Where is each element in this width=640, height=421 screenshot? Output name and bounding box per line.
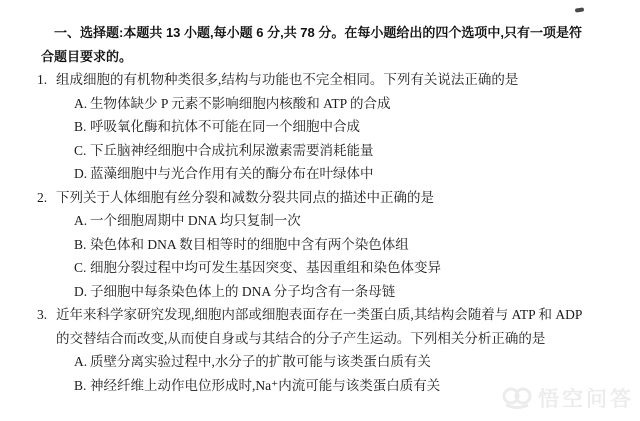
option-label: B. [74,115,90,139]
option-text: 呼吸氧化酶和抗体不可能在同一个细胞中合成 [90,119,360,134]
option-label: A. [74,92,90,116]
exam-paper-page: 一、选择题:本题共 13 小题,每小题 6 分,共 78 分。在每小题给出的四个… [0,0,640,421]
section-header-line1: 一、选择题:本题共 13 小题,每小题 6 分,共 78 分。在每小题给出的四个… [54,21,640,45]
question-1: 1.组成细胞的有机物种类很多,结构与功能也不完全相同。下列有关说法正确的是 A.… [37,68,640,186]
question-1-option-b: B.呼吸氧化酶和抗体不可能在同一个细胞中合成 [37,115,640,139]
option-label: A. [74,350,90,374]
question-1-stem-line: 1.组成细胞的有机物种类很多,结构与功能也不完全相同。下列有关说法正确的是 [37,68,640,92]
option-text: 蓝藻细胞中与光合作用有关的酶分布在叶绿体中 [90,166,374,181]
question-1-option-d: D.蓝藻细胞中与光合作用有关的酶分布在叶绿体中 [37,162,640,186]
option-text: 生物体缺少 P 元素不影响细胞内核酸和 ATP 的合成 [90,96,391,111]
wukong-logo-icon [502,387,532,409]
option-text: 下丘脑神经细胞中合成抗利尿激素需要消耗能量 [90,143,374,158]
scan-artifact-dash [575,7,584,12]
option-text: 质壁分离实验过程中,水分子的扩散可能与该类蛋白质有关 [90,354,431,369]
watermark-text: 悟空问答 [538,383,634,413]
question-1-option-c: C.下丘脑神经细胞中合成抗利尿激素需要消耗能量 [37,139,640,163]
question-2-stem-line: 2.下列关于人体细胞有丝分裂和减数分裂共同点的描述中正确的是 [37,186,640,210]
question-2-option-d: D.子细胞中每条染色体上的 DNA 分子均含有一条母链 [37,280,640,304]
section-header-line2: 合题目要求的。 [41,45,640,69]
option-text: 一个细胞周期中 DNA 均只复制一次 [90,213,301,228]
question-1-stem: 组成细胞的有机物种类很多,结构与功能也不完全相同。下列有关说法正确的是 [56,72,518,87]
option-text: 子细胞中每条染色体上的 DNA 分子均含有一条母链 [90,284,395,299]
question-3-stem-line2: 的交替结合而改变,从而使自身或与其结合的分子产生运动。下列相关分析正确的是 [37,327,640,351]
watermark: 悟空问答 [502,383,634,413]
option-text: 细胞分裂过程中均可发生基因突变、基因重组和染色体变异 [90,260,441,275]
question-2-option-a: A.一个细胞周期中 DNA 均只复制一次 [37,209,640,233]
option-label: A. [74,209,90,233]
option-text: 神经纤维上动作电位形成时,Na⁺内流可能与该类蛋白质有关 [90,378,440,393]
option-label: B. [74,374,90,398]
exam-content: 一、选择题:本题共 13 小题,每小题 6 分,共 78 分。在每小题给出的四个… [37,21,640,397]
question-3-number: 3. [37,303,56,327]
section-header: 一、选择题:本题共 13 小题,每小题 6 分,共 78 分。在每小题给出的四个… [37,21,640,68]
question-3-stem-line: 3.近年来科学家研究发现,细胞内部或细胞表面存在一类蛋白质,其结构会随着与 AT… [37,303,640,327]
option-label: D. [74,162,90,186]
option-label: C. [74,139,90,163]
question-2-stem: 下列关于人体细胞有丝分裂和减数分裂共同点的描述中正确的是 [56,190,434,205]
question-2-option-b: B.染色体和 DNA 数目相等时的细胞中含有两个染色体组 [37,233,640,257]
question-3-stem: 近年来科学家研究发现,细胞内部或细胞表面存在一类蛋白质,其结构会随着与 ATP … [56,307,582,322]
option-label: B. [74,233,90,257]
question-2-number: 2. [37,186,56,210]
option-label: C. [74,256,90,280]
option-label: D. [74,280,90,304]
question-1-number: 1. [37,68,56,92]
option-text: 染色体和 DNA 数目相等时的细胞中含有两个染色体组 [90,237,409,252]
question-2-option-c: C.细胞分裂过程中均可发生基因突变、基因重组和染色体变异 [37,256,640,280]
question-1-option-a: A.生物体缺少 P 元素不影响细胞内核酸和 ATP 的合成 [37,92,640,116]
question-2: 2.下列关于人体细胞有丝分裂和减数分裂共同点的描述中正确的是 A.一个细胞周期中… [37,186,640,304]
question-3-option-a: A.质壁分离实验过程中,水分子的扩散可能与该类蛋白质有关 [37,350,640,374]
